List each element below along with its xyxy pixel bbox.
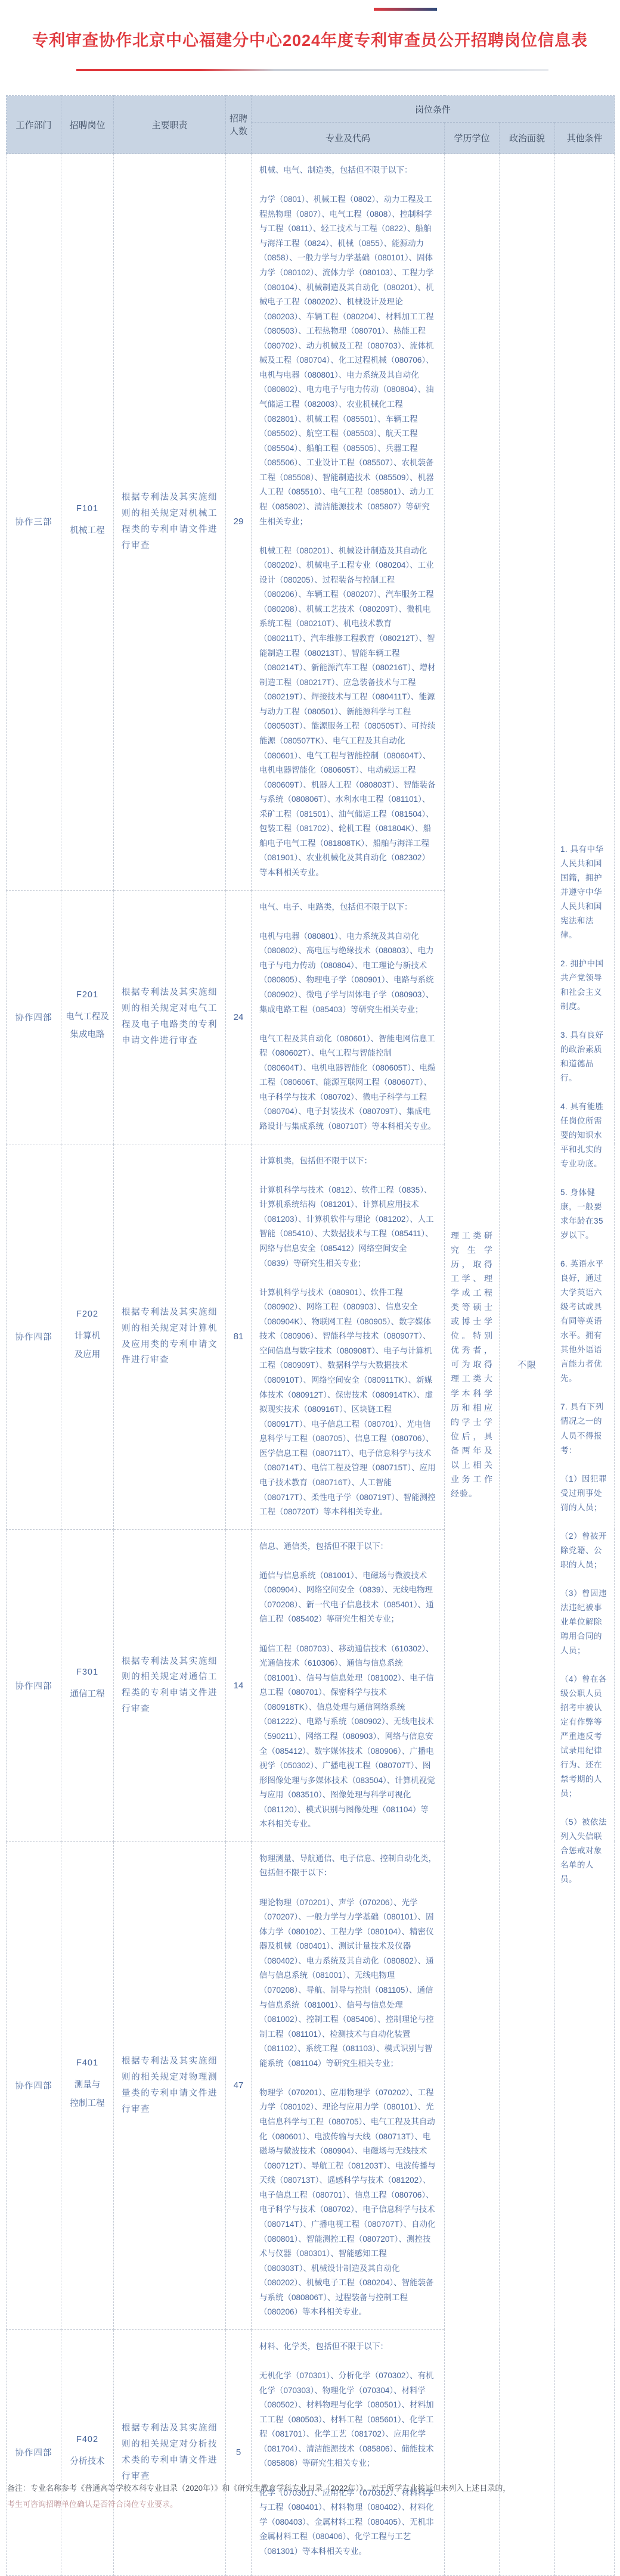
count-cell: 24 — [226, 890, 252, 1144]
col-header-position: 招聘岗位 — [61, 96, 114, 154]
position-code: F201 — [61, 990, 113, 1000]
footer-note-line1: 备注：专业名称参考《普通高等学校本科专业目录（2020年）》和《研究生教育学科专… — [7, 2480, 613, 2496]
position-name: 测量与 控制工程 — [61, 2076, 113, 2113]
count-cell: 81 — [226, 1144, 252, 1529]
header-gradient-bar — [374, 8, 437, 11]
footer-note-line2: 考生可咨询招聘单位确认是否符合岗位专业要求。 — [7, 2496, 613, 2512]
duty-cell: 根据专利法及其实施细则的相关规定对计算机及应用类的专利申请文件进行审查 — [114, 1144, 226, 1529]
count-cell: 5 — [226, 2329, 252, 2575]
dept-cell: 协作四部 — [7, 1841, 61, 2329]
duty-cell: 根据专利法及其实施细则的相关规定对电气工程及电子电路类的专利申请文件进行审查 — [114, 890, 226, 1144]
position-cell: F401 测量与 控制工程 — [61, 1841, 114, 2329]
position-name: 分析技术 — [61, 2453, 113, 2471]
col-header-degree: 学历学位 — [445, 123, 500, 154]
position-name: 通信工程 — [61, 1685, 113, 1703]
title-underline — [76, 69, 548, 71]
col-header-majors: 专业及代码 — [252, 123, 445, 154]
position-code: F202 — [61, 1309, 113, 1319]
position-cell: F202 计算机 及应用 — [61, 1144, 114, 1529]
count-cell: 47 — [226, 1841, 252, 2329]
position-cell: F101 机械工程 — [61, 154, 114, 891]
majors-cell: 物理测量、导航通信、电子信息、控制自动化类，包括但不限于以下： 理论物理（070… — [252, 1841, 445, 2329]
duty-cell: 根据专利法及其实施细则的相关规定对分析技术类的专利申请文件进行审查 — [114, 2329, 226, 2575]
duty-cell: 根据专利法及其实施细则的相关规定对机械工程类的专利申请文件进行审查 — [114, 154, 226, 891]
table-body: 协作三部 F101 机械工程 根据专利法及其实施细则的相关规定对机械工程类的专利… — [7, 154, 615, 2576]
majors-cell: 电气、电子、电路类，包括但不限于以下： 电机与电器（080801）、电力系统及其… — [252, 890, 445, 1144]
position-name: 计算机 及应用 — [61, 1327, 113, 1364]
majors-cell: 机械、电气、制造类，包括但不限于以下： 力学（0801）、机械工程（0802）、… — [252, 154, 445, 891]
table-row: 协作三部 F101 机械工程 根据专利法及其实施细则的相关规定对机械工程类的专利… — [7, 154, 615, 891]
col-header-conditions: 岗位条件 — [252, 96, 615, 123]
dept-cell: 协作三部 — [7, 154, 61, 891]
dept-cell: 协作四部 — [7, 890, 61, 1144]
position-code: F301 — [61, 1667, 113, 1677]
col-header-count: 招聘人数 — [226, 96, 252, 154]
majors-cell: 信息、通信类，包括但不限于以下： 通信与信息系统（081001）、电磁场与微波技… — [252, 1529, 445, 1841]
col-header-political: 政治面貌 — [500, 123, 555, 154]
table-header: 工作部门 招聘岗位 主要职责 招聘人数 岗位条件 专业及代码 学历学位 政治面貌… — [7, 96, 615, 154]
degree-cell: 理工类研究生学历，取得工学、理学或工程类等硕士或博士学位。特别优秀者，可为取得理… — [445, 154, 500, 2576]
dept-cell: 协作四部 — [7, 1529, 61, 1841]
col-header-dept: 工作部门 — [7, 96, 61, 154]
position-code: F101 — [61, 504, 113, 514]
position-code: F401 — [61, 2058, 113, 2068]
position-code: F402 — [61, 2435, 113, 2444]
majors-cell: 计算机类，包括但不限于以下： 计算机科学与技术（0812）、软件工程（0835）… — [252, 1144, 445, 1529]
col-header-duty: 主要职责 — [114, 96, 226, 154]
page-title: 专利审查协作北京中心福建分中心2024年度专利审查员公开招聘岗位信息表 — [0, 27, 620, 51]
position-cell: F301 通信工程 — [61, 1529, 114, 1841]
position-name: 机械工程 — [61, 522, 113, 540]
political-cell: 不限 — [500, 154, 555, 2576]
footer-note: 备注：专业名称参考《普通高等学校本科专业目录（2020年）》和《研究生教育学科专… — [7, 2480, 613, 2513]
count-cell: 14 — [226, 1529, 252, 1841]
other-conditions-cell: 1. 具有中华人民共和国国籍，拥护并遵守中华人民共和国宪法和法律。 2. 拥护中… — [555, 154, 615, 2576]
duty-cell: 根据专利法及其实施细则的相关规定对物理测量类的专利申请文件进行审查 — [114, 1841, 226, 2329]
col-header-other: 其他条件 — [555, 123, 615, 154]
majors-cell: 材料、化学类，包括但不限于以下： 无机化学（070301）、分析化学（07030… — [252, 2329, 445, 2575]
positions-table: 工作部门 招聘岗位 主要职责 招聘人数 岗位条件 专业及代码 学历学位 政治面貌… — [6, 95, 615, 2576]
position-cell: F402 分析技术 — [61, 2329, 114, 2575]
position-cell: F201 电气工程及 集成电路 — [61, 890, 114, 1144]
duty-cell: 根据专利法及其实施细则的相关规定对通信工程类的专利申请文件进行审查 — [114, 1529, 226, 1841]
count-cell: 29 — [226, 154, 252, 891]
dept-cell: 协作四部 — [7, 1144, 61, 1529]
position-name: 电气工程及 集成电路 — [61, 1008, 113, 1044]
dept-cell: 协作四部 — [7, 2329, 61, 2575]
